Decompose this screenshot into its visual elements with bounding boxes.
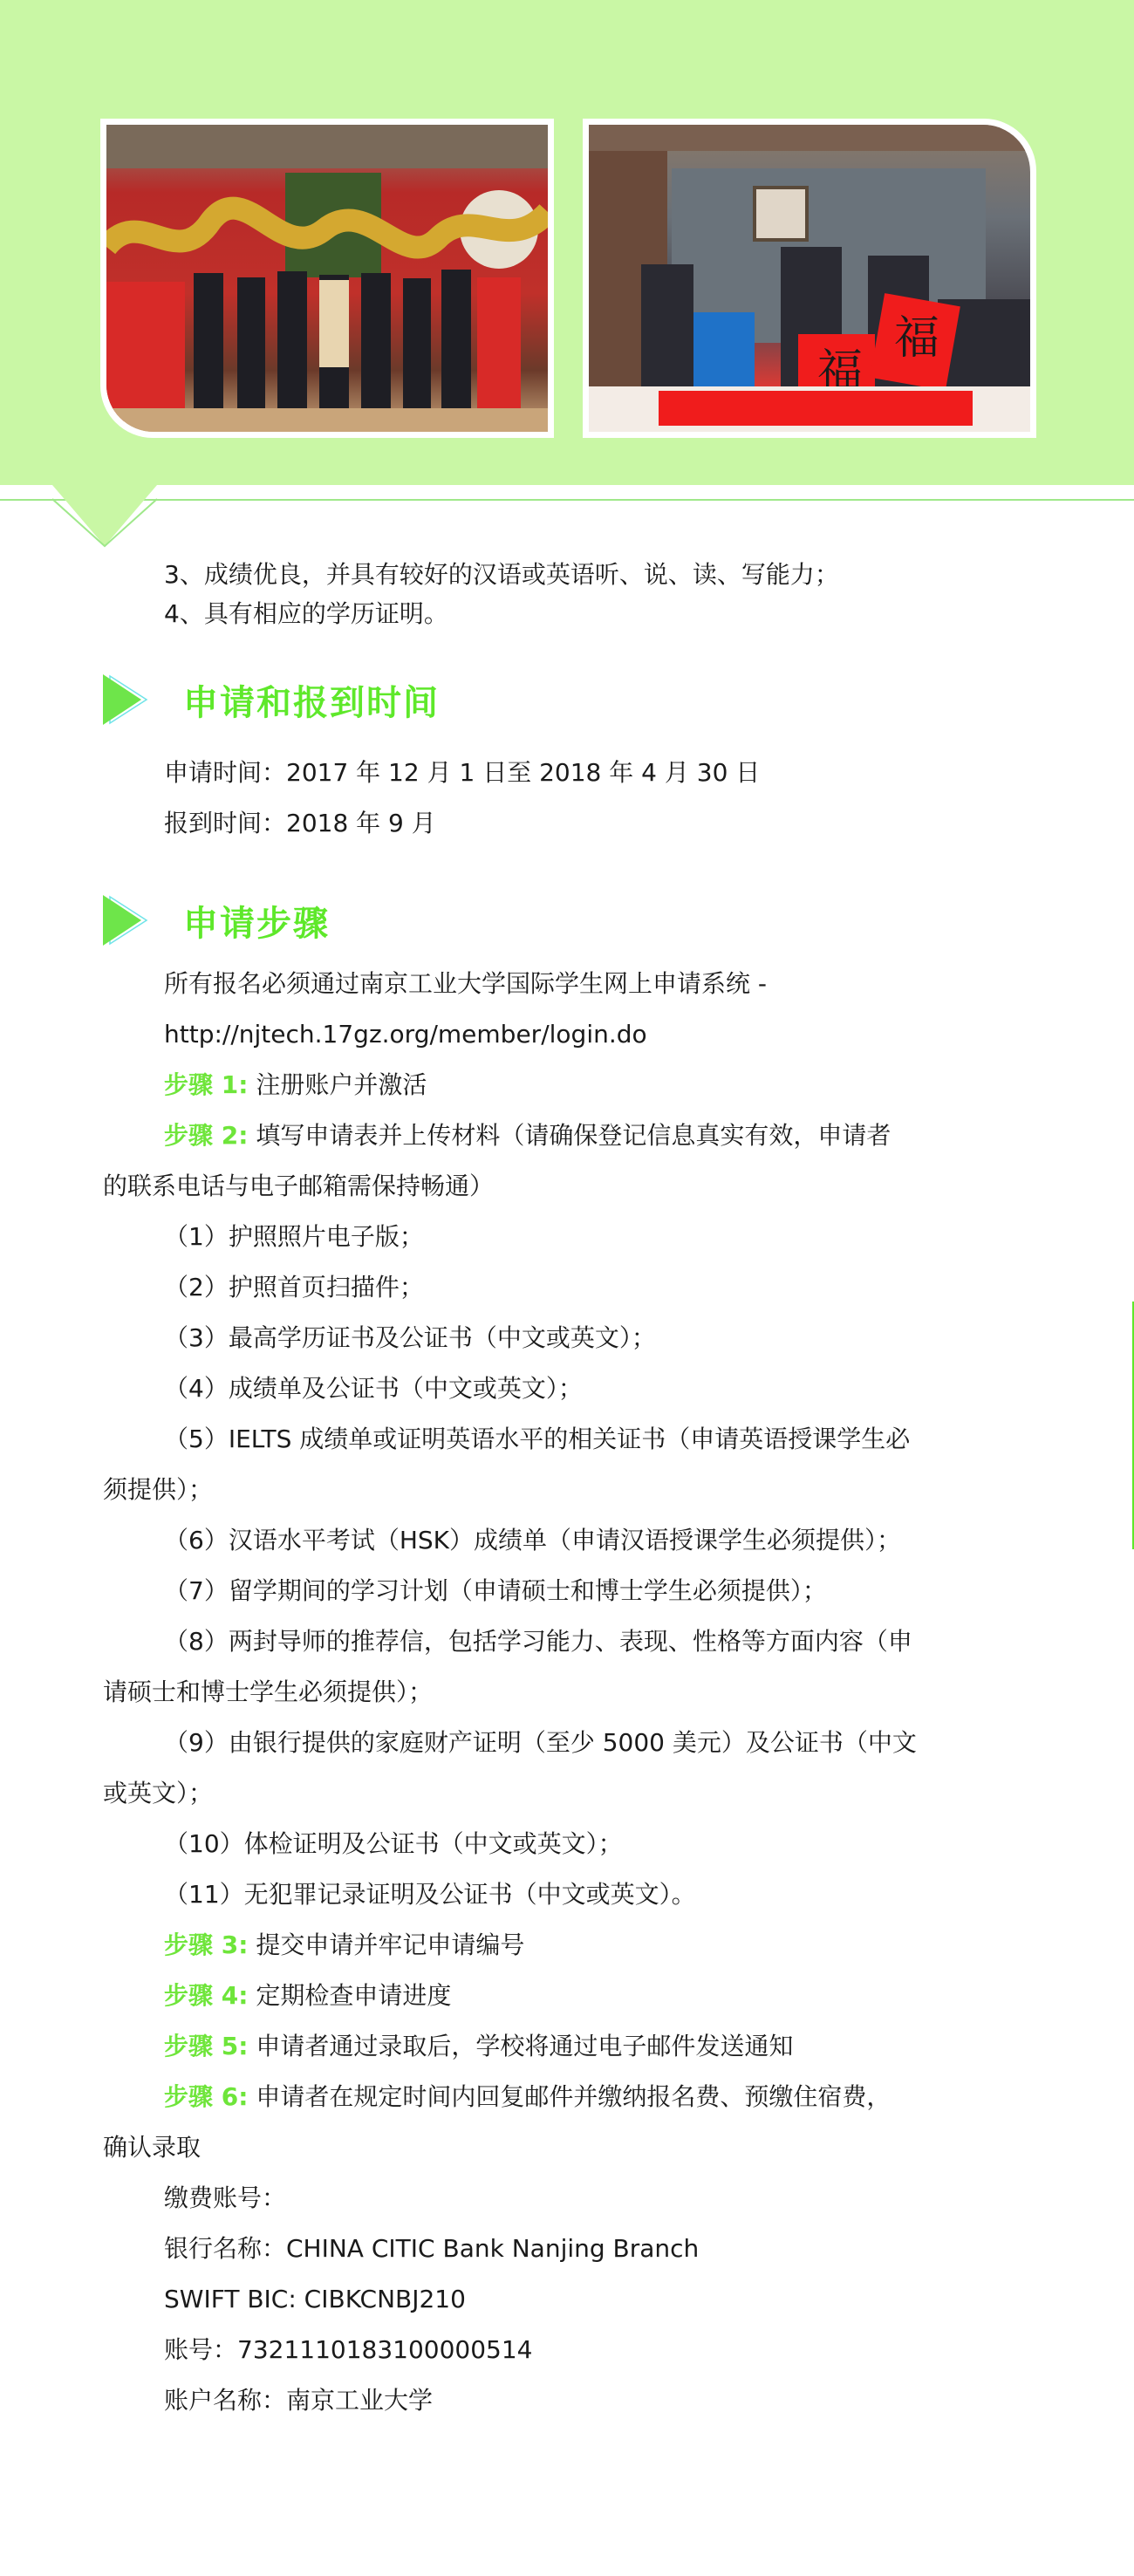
material-item: （5）IELTS 成绩单或证明英语水平的相关证书（申请英语授课学生必 <box>164 1424 910 1455</box>
step-text: 定期检查申请进度 <box>256 1981 451 2010</box>
svg-text:福: 福 <box>894 312 939 365</box>
header-band-divider <box>0 485 1134 499</box>
step-text: 注册账户并激活 <box>256 1070 427 1099</box>
material-item: （6）汉语水平考试（HSK）成绩单（申请汉语授课学生必须提供）； <box>164 1525 901 1556</box>
material-item: （10）体检证明及公证书（中文或英文）； <box>164 1828 623 1860</box>
material-item: （9）由银行提供的家庭财产证明（至少 5000 美元）及公证书（中文 <box>164 1727 917 1759</box>
step-5: 步骤 5: 申请者通过录取后，学校将通过电子邮件发送通知 <box>164 2031 793 2062</box>
step-label: 步骤 1: <box>164 1070 248 1099</box>
requirement-item: 3、成绩优良，并具有较好的汉语或英语听、说、读、写能力； <box>164 559 839 591</box>
step-6-continued: 确认录取 <box>103 2132 201 2163</box>
step-4: 步骤 4: 定期检查申请进度 <box>164 1980 451 2012</box>
section-header-steps: 申请步骤 <box>103 894 330 946</box>
step-3: 步骤 3: 提交申请并牢记申请编号 <box>164 1930 524 1961</box>
registration-time: 报到时间：2018 年 9 月 <box>164 808 436 839</box>
section-title: 申请和报到时间 <box>183 675 440 725</box>
triangle-bullet-icon <box>103 674 148 725</box>
material-item-continued: 须提供）； <box>103 1474 213 1506</box>
photo-calligraphy: 福 福 <box>583 119 1036 438</box>
material-item-continued: 请硕士和博士学生必须提供）； <box>103 1677 433 1708</box>
section-header-dates: 申请和报到时间 <box>103 673 440 726</box>
material-item: （2）护照首页扫描件； <box>164 1272 424 1303</box>
step-label: 步骤 2: <box>164 1121 248 1150</box>
step-label: 步骤 5: <box>164 2032 248 2060</box>
material-item-continued: 或英文）； <box>103 1778 213 1809</box>
step-text: 申请者通过录取后，学校将通过电子邮件发送通知 <box>256 2032 793 2060</box>
photo-dragon-dance <box>100 119 554 438</box>
material-item: （1）护照照片电子版； <box>164 1221 424 1253</box>
requirement-item: 4、具有相应的学历证明。 <box>164 598 448 630</box>
material-item: （11）无犯罪记录证明及公证书（中文或英文）。 <box>164 1879 696 1910</box>
step-6: 步骤 6: 申请者在规定时间内回复邮件并缴纳报名费、预缴住宿费， <box>164 2081 891 2113</box>
step-text: 填写申请表并上传材料（请确保登记信息真实有效，申请者 <box>256 1121 891 1150</box>
step-text: 提交申请并牢记申请编号 <box>256 1930 524 1959</box>
material-item: （8）两封导师的推荐信，包括学习能力、表现、性格等方面内容（申 <box>164 1626 912 1657</box>
application-system-link[interactable]: http://njtech.17gz.org/member/login.do <box>164 1019 647 1050</box>
payment-heading: 缴费账号： <box>164 2183 286 2214</box>
account-name: 账户名称：南京工业大学 <box>164 2385 433 2416</box>
swift-code: SWIFT BIC: CIBKCNBJ210 <box>164 2284 466 2315</box>
step-label: 步骤 3: <box>164 1930 248 1959</box>
section-title: 申请步骤 <box>183 896 330 946</box>
step-1: 步骤 1: 注册账户并激活 <box>164 1069 427 1101</box>
account-number: 账号：7321110183100000514 <box>164 2334 532 2366</box>
header-band-line <box>0 499 1134 501</box>
triangle-bullet-icon <box>103 895 148 946</box>
material-item: （4）成绩单及公证书（中文或英文）； <box>164 1373 583 1404</box>
step-label: 步骤 6: <box>164 2082 248 2111</box>
step-text: 申请者在规定时间内回复邮件并缴纳报名费、预缴住宿费， <box>256 2082 891 2111</box>
bank-name: 银行名称：CHINA CITIC Bank Nanjing Branch <box>164 2233 699 2265</box>
step-2-continued: 的联系电话与电子邮箱需保持畅通） <box>103 1171 494 1202</box>
steps-intro: 所有报名必须通过南京工业大学国际学生网上申请系统 - <box>164 968 767 1000</box>
material-item: （3）最高学历证书及公证书（中文或英文）； <box>164 1322 656 1354</box>
step-label: 步骤 4: <box>164 1981 248 2010</box>
material-item: （7）留学期间的学习计划（申请硕士和博士学生必须提供）； <box>164 1575 827 1607</box>
step-2: 步骤 2: 填写申请表并上传材料（请确保登记信息真实有效，申请者 <box>164 1120 891 1151</box>
speech-notch-icon <box>52 485 157 548</box>
application-time: 申请时间：2017 年 12 月 1 日至 2018 年 4 月 30 日 <box>164 757 760 789</box>
